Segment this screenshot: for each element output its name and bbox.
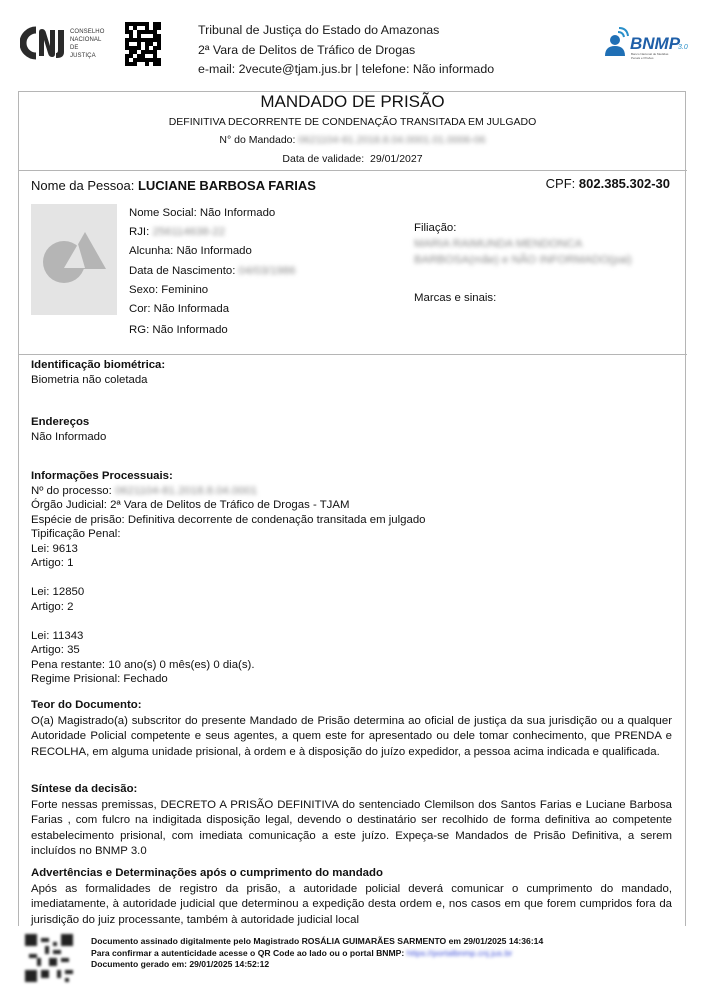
qr-code-icon: [125, 22, 161, 66]
warrant-number: N° do Mandado: 0621104-81.2018.8.04.0001…: [18, 134, 687, 147]
biometrics-value: Biometria não coletada: [31, 373, 672, 388]
bnmp-logo-icon: BNMP 3.0 Banco Nacional de Medidas Penai…: [602, 26, 692, 62]
content-text: O(a) Magistrado(a) subscritor do present…: [31, 714, 672, 761]
document-title: MANDADO DE PRISÃO: [18, 92, 687, 112]
footer-info: Documento assinado digitalmente pelo Mag…: [91, 936, 543, 971]
process-number: Nº do processo: 0621104-81.2018.8.04.000…: [31, 484, 672, 499]
article-item: Artigo: 1: [31, 556, 672, 571]
alias: Alcunha: Não Informado: [129, 242, 296, 261]
document-subtitle: DEFINITIVA DECORRENTE DE CONDENAÇÃO TRAN…: [18, 116, 687, 129]
warrant-number-label: N° do Mandado:: [219, 134, 295, 146]
typification-label: Tipificação Penal:: [31, 527, 672, 542]
cpf-label: CPF:: [546, 176, 576, 191]
validity-label: Data de validade:: [282, 153, 364, 165]
law-item: Lei: 9613: [31, 542, 672, 557]
skin-color: Cor: Não Informada: [129, 300, 296, 319]
cnj-line-1: CONSELHO: [70, 28, 104, 36]
biometrics-section: Identificação biométrica: Biometria não …: [31, 358, 672, 387]
cnj-logo-text: CONSELHO NACIONAL DE JUSTIÇA: [70, 28, 104, 60]
court-name: Tribunal de Justiça do Estado do Amazona…: [198, 21, 494, 41]
filiation-value: MARIA RAIMUNDA MENDONCA BARBOSA(mãe) e N…: [414, 236, 654, 268]
verification-label: Para confirmar a autenticidade acesse o …: [91, 948, 404, 958]
court-division: 2ª Vara de Delitos de Tráfico de Drogas: [198, 41, 494, 61]
judicial-organ: Órgão Judicial: 2ª Vara de Delitos de Tr…: [31, 498, 672, 513]
birth-date: Data de Nascimento: 04/03/1986: [129, 262, 296, 281]
rji-value: 256114638-22: [152, 223, 225, 242]
cnj-mark-icon: [20, 26, 68, 60]
court-info: Tribunal de Justiça do Estado do Amazona…: [198, 21, 494, 80]
generated-line: Documento gerado em: 29/01/2025 14:52:12: [91, 959, 543, 971]
person-photo: [31, 204, 117, 315]
signature-line: Documento assinado digitalmente pelo Mag…: [91, 936, 543, 948]
portal-link[interactable]: https://portalbnmp.cnj.jus.br: [407, 948, 513, 958]
person-fields: Nome Social: Não Informado RJI: 25611463…: [129, 204, 296, 340]
article-item: Artigo: 2: [31, 600, 672, 615]
bnmp-logo: BNMP 3.0 Banco Nacional de Medidas Penai…: [602, 26, 692, 62]
svg-text:3.0: 3.0: [678, 44, 688, 51]
decision-title: Síntese da decisão:: [31, 782, 672, 798]
sex: Sexo: Feminino: [129, 281, 296, 300]
social-name: Nome Social: Não Informado: [129, 204, 296, 223]
marks-and-signs: Marcas e sinais:: [414, 290, 496, 306]
warnings-section: Advertências e Determinações após o cump…: [31, 866, 672, 928]
law-item: Lei: 12850: [31, 585, 672, 600]
person-name-label: Nome da Pessoa:: [31, 178, 134, 193]
address-section: Endereços Não Informado: [31, 415, 672, 444]
rji: RJI: 256114638-22: [129, 223, 296, 242]
warrant-number-value: 0621104-81.2018.8.04.0001.01.0006-06: [298, 134, 485, 147]
svg-text:BNMP: BNMP: [630, 34, 681, 53]
qr-code-footer[interactable]: [25, 934, 73, 982]
person-section: Nome da Pessoa: LUCIANE BARBOSA FARIAS C…: [18, 171, 687, 355]
content-section: Teor do Documento: O(a) Magistrado(a) su…: [31, 698, 672, 760]
cnj-line-2: NACIONAL: [70, 36, 104, 44]
remaining-sentence: Pena restante: 10 ano(s) 0 mês(es) 0 dia…: [31, 658, 672, 673]
decision-text: Forte nessas premissas, DECRETO A PRISÃO…: [31, 798, 672, 860]
warnings-title: Advertências e Determinações após o cump…: [31, 866, 672, 882]
birth-label: Data de Nascimento:: [129, 265, 235, 277]
filiation: Filiação: MARIA RAIMUNDA MENDONCA BARBOS…: [414, 220, 654, 268]
decision-section: Síntese da decisão: Forte nessas premiss…: [31, 782, 672, 860]
person-name: Nome da Pessoa: LUCIANE BARBOSA FARIAS: [31, 178, 316, 194]
cnj-logo: CONSELHO NACIONAL DE JUSTIÇA: [20, 24, 100, 60]
rg: RG: Não Informado: [129, 321, 296, 340]
validity-value: 29/01/2027: [370, 153, 423, 165]
process-number-label: Nº do processo:: [31, 485, 112, 497]
rji-label: RJI:: [129, 226, 149, 238]
address-value: Não Informado: [31, 430, 672, 445]
warnings-text: Após as formalidades de registro da pris…: [31, 882, 672, 929]
qr-code-top[interactable]: [125, 22, 161, 66]
biometrics-title: Identificação biométrica:: [31, 358, 672, 373]
validity-date: Data de validade: 29/01/2027: [18, 153, 687, 166]
article-item: Artigo: 35: [31, 643, 672, 658]
content-title: Teor do Documento:: [31, 698, 672, 714]
filiation-label: Filiação:: [414, 222, 456, 234]
prison-species: Espécie de prisão: Definitiva decorrente…: [31, 513, 672, 528]
cnj-line-3: DE JUSTIÇA: [70, 44, 104, 60]
birth-value: 04/03/1986: [239, 262, 296, 281]
person-cpf: CPF: 802.385.302-30: [546, 176, 670, 192]
cpf-value: 802.385.302-30: [579, 176, 670, 191]
document-header-box: MANDADO DE PRISÃO DEFINITIVA DECORRENTE …: [18, 91, 687, 171]
process-title: Informações Processuais:: [31, 469, 672, 484]
qr-code-icon: [25, 934, 73, 982]
svg-text:Penais e Prisões: Penais e Prisões: [631, 56, 654, 60]
process-section: Informações Processuais: Nº do processo:…: [31, 469, 672, 687]
court-contact: e-mail: 2vecute@tjam.jus.br | telefone: …: [198, 60, 494, 80]
verification-line: Para confirmar a autenticidade acesse o …: [91, 948, 543, 960]
image-placeholder-icon: [31, 204, 117, 315]
person-name-value: LUCIANE BARBOSA FARIAS: [138, 178, 316, 193]
law-item: Lei: 11343: [31, 629, 672, 644]
process-number-value: 0621104-81.2018.8.04.0001: [115, 484, 257, 499]
address-title: Endereços: [31, 415, 672, 430]
prison-regime: Regime Prisional: Fechado: [31, 672, 672, 687]
